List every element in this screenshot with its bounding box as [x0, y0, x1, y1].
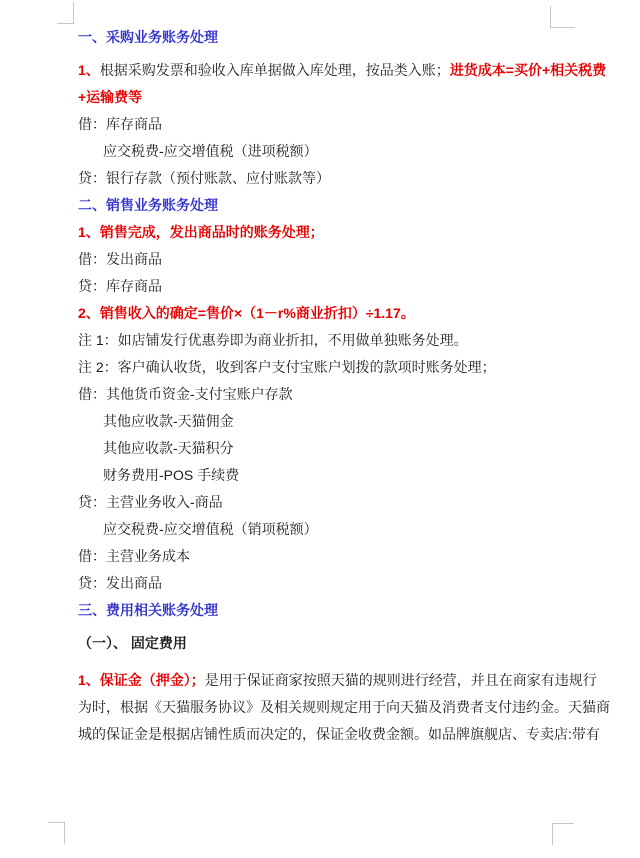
crop-mark-bottom-right-icon	[552, 823, 574, 845]
section1-item1-text: 根据采购发票和验收入库单据做入库处理，按品类入账；	[100, 62, 450, 78]
section1-item1-number: 1、	[78, 62, 100, 78]
section2-item1: 1、销售完成，发出商品时的账务处理；	[78, 219, 578, 246]
section3-item1-lead: 1、保证金（押金）；	[78, 672, 205, 688]
entry-credit-main-income: 贷：主营业务收入-商品	[78, 489, 578, 516]
entry-credit-inventory: 贷：库存商品	[78, 273, 578, 300]
entry-other-receivable-points: 其他应收款-天猫积分	[78, 435, 578, 462]
section3-item1-line1: 1、保证金（押金）；是用于保证商家按照天猫的规则进行经营，并且在商家有违规行	[78, 667, 578, 694]
section3-heading: 三、费用相关账务处理	[78, 597, 578, 624]
entry-debit-alipay-funds: 借：其他货币资金-支付宝账户存款	[78, 381, 578, 408]
section2-note1: 注 1：如店铺发行优惠券即为商业折扣，不用做单独账务处理。	[78, 327, 578, 354]
section2-item2-formula: 2、销售收入的确定=售价×（1－r%商业折扣）÷1.17。	[78, 300, 578, 327]
section1-item1-formula-wrap: +运输费等	[78, 84, 578, 111]
section1-heading: 一、采购业务账务处理	[78, 24, 578, 51]
section2-note2: 注 2：客户确认收货，收到客户支付宝账户划拨的款项时账务处理；	[78, 354, 578, 381]
document-body: 一、采购业务账务处理 1、根据采购发票和验收入库单据做入库处理，按品类入账；进货…	[78, 24, 578, 748]
section2-heading: 二、销售业务账务处理	[78, 192, 578, 219]
entry-credit-bank: 贷：银行存款（预付账款、应付账款等）	[78, 165, 578, 192]
section3-item1-line2: 为时，根据《天猫服务协议》及相关规则规定用于向天猫及消费者支付违约金。天猫商	[78, 694, 578, 721]
entry-debit-input-tax: 应交税费-应交增值税（进项税额）	[78, 138, 578, 165]
entry-debit-inventory: 借：库存商品	[78, 111, 578, 138]
crop-mark-bottom-left-icon	[48, 822, 65, 844]
section3-sub-heading: （一）、 固定费用	[78, 630, 578, 657]
section3-item1-line3: 城的保证金是根据店铺性质而决定的，保证金收费金额。如品牌旗舰店、专卖店:带有	[78, 721, 578, 748]
document-page: 一、采购业务账务处理 1、根据采购发票和验收入库单据做入库处理，按品类入账；进货…	[0, 0, 640, 858]
entry-credit-goods-sent: 贷：发出商品	[78, 570, 578, 597]
entry-other-receivable-commission: 其他应收款-天猫佣金	[78, 408, 578, 435]
entry-debit-goods-sent: 借：发出商品	[78, 246, 578, 273]
entry-debit-main-cost: 借：主营业务成本	[78, 543, 578, 570]
crop-mark-top-left-icon	[57, 2, 74, 24]
entry-finance-fee-pos: 财务费用-POS 手续费	[78, 462, 578, 489]
section1-item1: 1、根据采购发票和验收入库单据做入库处理，按品类入账；进货成本=买价+相关税费	[78, 57, 578, 84]
entry-credit-output-tax: 应交税费-应交增值税（销项税额）	[78, 516, 578, 543]
section1-item1-formula: 进货成本=买价+相关税费	[450, 62, 606, 78]
section3-item1-text1: 是用于保证商家按照天猫的规则进行经营，并且在商家有违规行	[205, 672, 597, 688]
